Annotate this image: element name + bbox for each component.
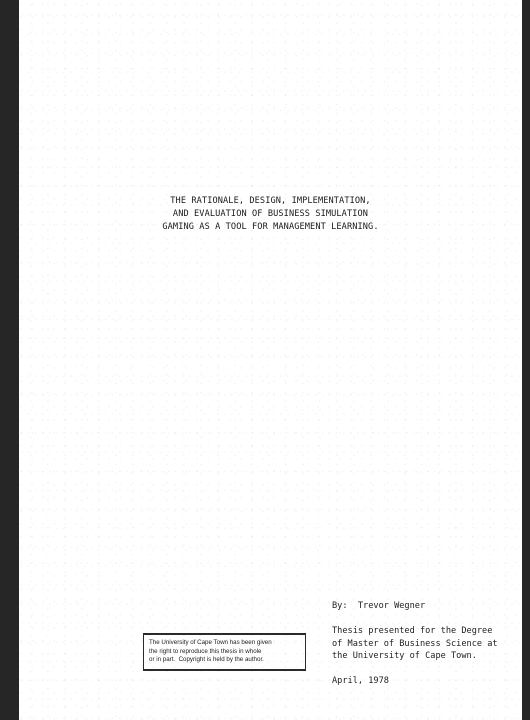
thesis-statement-line: the University of Cape Town. <box>332 650 498 663</box>
stamp-line: or in part. Copyright is held by the aut… <box>149 656 301 665</box>
author-block: By: Trevor Wegner Thesis presented for t… <box>332 600 498 688</box>
stamp-line: The University of Cape Town has been giv… <box>149 639 301 648</box>
title-line: THE RATIONALE, DESIGN, IMPLEMENTATION, <box>19 195 522 208</box>
thesis-title: THE RATIONALE, DESIGN, IMPLEMENTATION, A… <box>19 195 522 234</box>
stamp-line: the right to reproduce this thesis in wh… <box>149 648 301 657</box>
title-line: GAMING AS A TOOL FOR MANAGEMENT LEARNING… <box>19 221 522 234</box>
document-page: THE RATIONALE, DESIGN, IMPLEMENTATION, A… <box>19 0 522 720</box>
thesis-statement-line: Thesis presented for the Degree <box>332 625 498 638</box>
author-line: By: Trevor Wegner <box>332 600 498 613</box>
copyright-stamp: The University of Cape Town has been giv… <box>143 633 306 671</box>
thesis-statement-line: of Master of Business Science at <box>332 638 498 651</box>
thesis-date: April, 1978 <box>332 675 498 688</box>
title-line: AND EVALUATION OF BUSINESS SIMULATION <box>19 208 522 221</box>
